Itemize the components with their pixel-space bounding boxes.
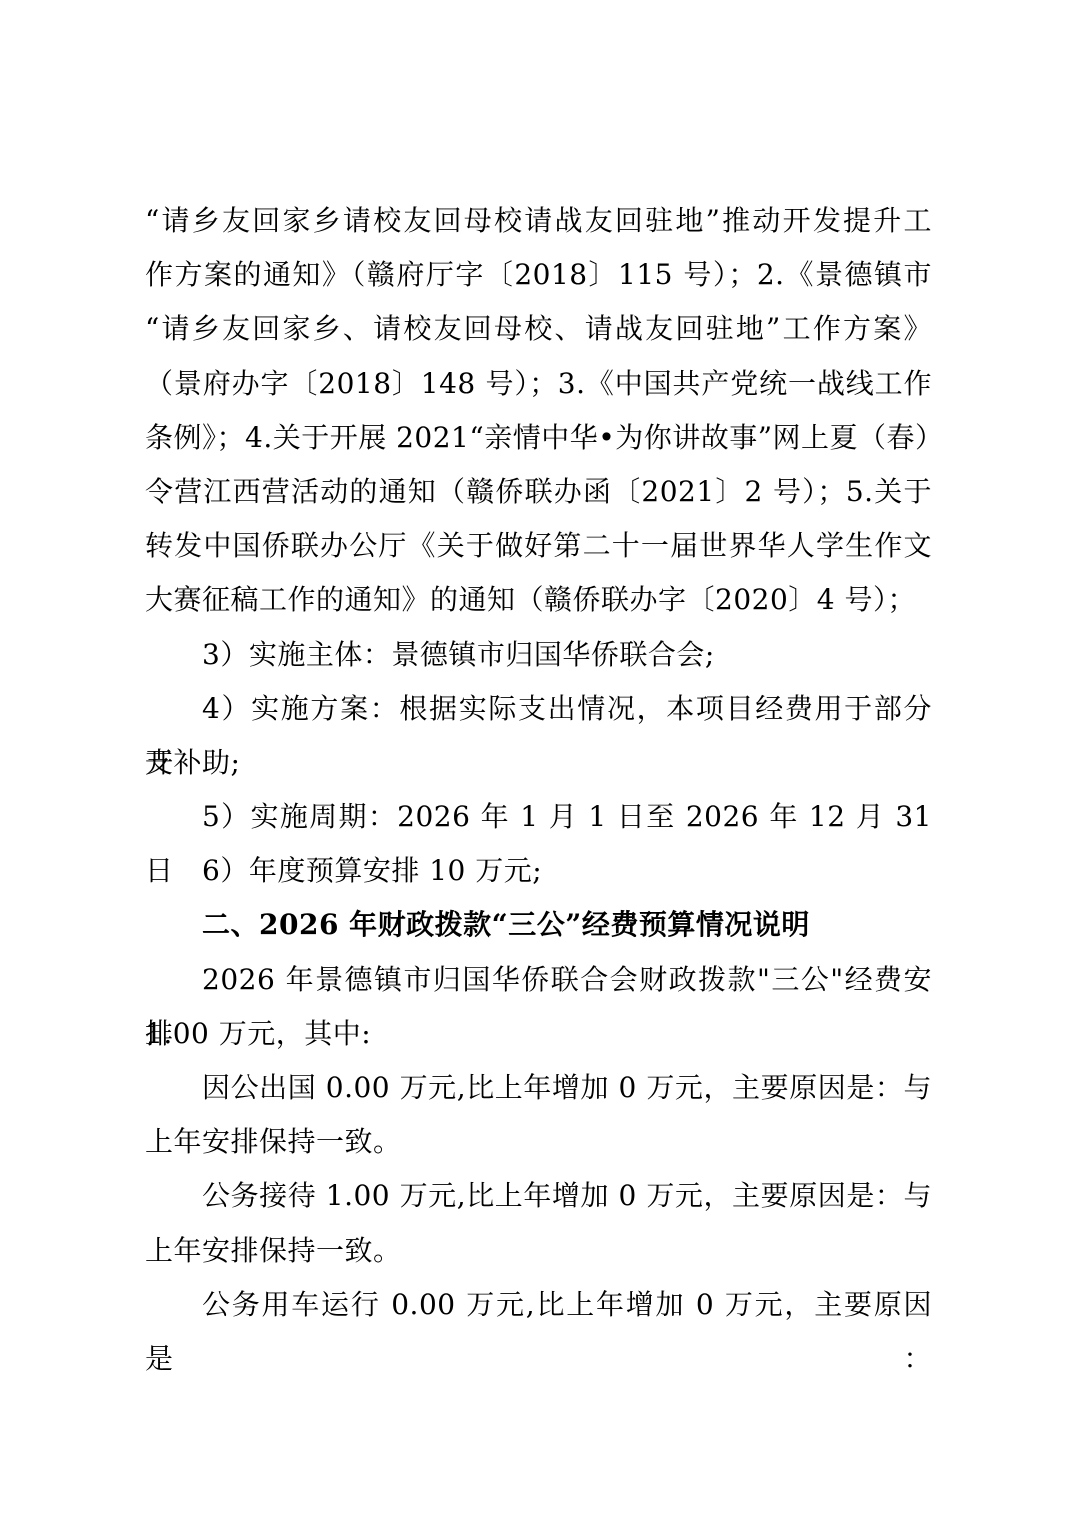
text-line: 条例》；4.关于开展 2021“亲情中华•为你讲故事”网上夏（春） [145, 411, 932, 465]
text-line: 大赛征稿工作的通知》的通知（赣侨联办字〔2020〕4 号）； [145, 573, 932, 627]
text-line: 令营江西营活动的通知（赣侨联办函〔2021〕2 号）；5.关于 [145, 465, 932, 519]
text-line: 2026 年景德镇市归国华侨联合会财政拨款"三公"经费安排 [145, 953, 932, 1007]
text-line: 支补助; [145, 736, 932, 790]
text-line: 上年安排保持一致。 [145, 1224, 932, 1278]
text-line: 转发中国侨联办公厅《关于做好第二十一届世界华人学生作文 [145, 519, 932, 573]
text-line: （景府办字〔2018〕148 号）；3.《中国共产党统一战线工作 [145, 357, 932, 411]
text-line: 3）实施主体：景德镇市归国华侨联合会; [145, 628, 932, 682]
text-line: 作方案的通知》（赣府厅字〔2018〕115 号）；2.《景德镇市 [145, 248, 932, 302]
text-line: 公务用车运行 0.00 万元,比上年增加 0 万元，主要原因是： [145, 1278, 932, 1332]
text-line: “请乡友回家乡、请校友回母校、请战友回驻地”工作方案》 [145, 302, 932, 356]
text-line: 上年安排保持一致。 [145, 1115, 932, 1169]
document-page: “请乡友回家乡请校友回母校请战友回驻地”推动开发提升工作方案的通知》（赣府厅字〔… [0, 0, 1074, 1520]
text-line: 1.00 万元，其中: [145, 1007, 932, 1061]
text-line: 6）年度预算安排 10 万元; [145, 844, 932, 898]
text-line: 公务接待 1.00 万元,比上年增加 0 万元，主要原因是：与 [145, 1169, 932, 1223]
document-text-block: “请乡友回家乡请校友回母校请战友回驻地”推动开发提升工作方案的通知》（赣府厅字〔… [145, 194, 932, 1332]
text-line: “请乡友回家乡请校友回母校请战友回驻地”推动开发提升工 [145, 194, 932, 248]
section-heading: 二、2026 年财政拨款“三公”经费预算情况说明 [145, 898, 932, 952]
text-line: 5）实施周期：2026 年 1 月 1 日至 2026 年 12 月 31 日 [145, 790, 932, 844]
text-line: 4）实施方案：根据实际支出情况，本项目经费用于部分开 [145, 682, 932, 736]
text-line: 因公出国 0.00 万元,比上年增加 0 万元，主要原因是：与 [145, 1061, 932, 1115]
